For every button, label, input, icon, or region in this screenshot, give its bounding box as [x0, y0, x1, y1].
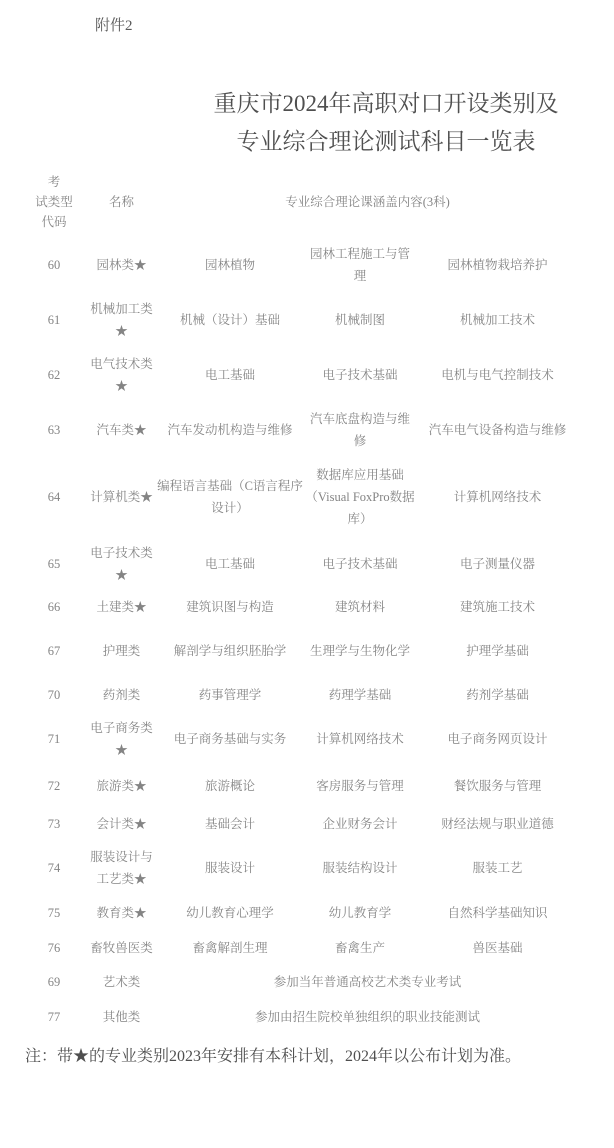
cell-subject-3: 服装工艺: [415, 842, 580, 894]
col-header-code-line3: 代码: [20, 212, 88, 232]
cell-subject-3: 财经法规与职业道德: [415, 806, 580, 842]
cell-subject-3: 电子测量仪器: [415, 537, 580, 590]
cell-name: 园林类★: [88, 237, 155, 292]
cell-subject-3: 园林植物栽培养护: [415, 237, 580, 292]
cell-code: 69: [20, 964, 88, 1000]
cell-name: 汽车类★: [88, 402, 155, 457]
col-header-code-line1: 考: [20, 172, 88, 192]
table-row: 76 畜牧兽医类 畜禽解剖生理 畜禽生产 兽医基础: [20, 932, 580, 964]
table-header-row: 考 试类型 代码 名称 专业综合理论课涵盖内容(3科): [20, 167, 580, 237]
cell-name: 药剂类: [88, 678, 155, 712]
cell-subject-2: 汽车底盘构造与维修: [305, 402, 415, 457]
table-row: 70 药剂类 药事管理学 药理学基础 药剂学基础: [20, 678, 580, 712]
table-row: 74 服装设计与工艺类★ 服装设计 服装结构设计 服装工艺: [20, 842, 580, 894]
cell-subject-2: 畜禽生产: [305, 932, 415, 964]
cell-code: 66: [20, 590, 88, 624]
page-title: 重庆市2024年高职对口开设类别及 专业综合理论测试科目一览表: [0, 85, 614, 161]
cell-subject-3: 护理学基础: [415, 624, 580, 678]
cell-subject-2: 生理学与生物化学: [305, 624, 415, 678]
cell-subject-3: 机械加工技术: [415, 292, 580, 347]
cell-subject-2: 建筑材料: [305, 590, 415, 624]
cell-subject-2: 电子技术基础: [305, 537, 415, 590]
col-header-subjects: 专业综合理论课涵盖内容(3科): [155, 167, 580, 237]
cell-subject-1: 园林植物: [155, 237, 305, 292]
table-row: 66 土建类★ 建筑识图与构造 建筑材料 建筑施工技术: [20, 590, 580, 624]
cell-code: 63: [20, 402, 88, 457]
cell-subject-1: 编程语言基础（C语言程序设计）: [155, 457, 305, 537]
cell-name: 服装设计与工艺类★: [88, 842, 155, 894]
cell-name: 护理类: [88, 624, 155, 678]
cell-name: 电子商务类★: [88, 712, 155, 766]
cell-subject-2: 计算机网络技术: [305, 712, 415, 766]
table-row: 73 会计类★ 基础会计 企业财务会计 财经法规与职业道德: [20, 806, 580, 842]
cell-name: 会计类★: [88, 806, 155, 842]
cell-subject-2: 园林工程施工与管理: [305, 237, 415, 292]
cell-subject-1: 幼儿教育心理学: [155, 894, 305, 932]
table-row: 72 旅游类★ 旅游概论 客房服务与管理 餐饮服务与管理: [20, 766, 580, 806]
cell-code: 70: [20, 678, 88, 712]
cell-subject-1: 机械（设计）基础: [155, 292, 305, 347]
table-row: 75 教育类★ 幼儿教育心理学 幼儿教育学 自然科学基础知识: [20, 894, 580, 932]
cell-name: 机械加工类★: [88, 292, 155, 347]
table-row: 65 电子技术类★ 电工基础 电子技术基础 电子测量仪器: [20, 537, 580, 590]
cell-code: 76: [20, 932, 88, 964]
cell-subject-span: 参加由招生院校单独组织的职业技能测试: [155, 1000, 580, 1034]
cell-subject-3: 药剂学基础: [415, 678, 580, 712]
cell-name: 教育类★: [88, 894, 155, 932]
document-page: { "page": { "attachment": "附件2", "title_…: [0, 0, 614, 1148]
cell-code: 60: [20, 237, 88, 292]
col-header-name: 名称: [88, 167, 155, 237]
cell-subject-1: 建筑识图与构造: [155, 590, 305, 624]
cell-subject-1: 畜禽解剖生理: [155, 932, 305, 964]
col-header-exam-type-code: 考 试类型 代码: [20, 167, 88, 237]
table-row: 67 护理类 解剖学与组织胚胎学 生理学与生物化学 护理学基础: [20, 624, 580, 678]
cell-code: 61: [20, 292, 88, 347]
cell-name: 旅游类★: [88, 766, 155, 806]
cell-subject-1: 基础会计: [155, 806, 305, 842]
table-row: 60 园林类★ 园林植物 园林工程施工与管理 园林植物栽培养护: [20, 237, 580, 292]
page-title-line2: 专业综合理论测试科目一览表: [158, 123, 614, 161]
cell-code: 65: [20, 537, 88, 590]
table-row: 63 汽车类★ 汽车发动机构造与维修 汽车底盘构造与维修 汽车电气设备构造与维修: [20, 402, 580, 457]
cell-subject-span: 参加当年普通高校艺术类专业考试: [155, 964, 580, 1000]
cell-code: 72: [20, 766, 88, 806]
col-header-code-line2: 试类型: [20, 192, 88, 212]
cell-subject-1: 电工基础: [155, 537, 305, 590]
cell-subject-2: 服装结构设计: [305, 842, 415, 894]
page-title-line1: 重庆市2024年高职对口开设类别及: [158, 85, 614, 123]
cell-code: 75: [20, 894, 88, 932]
cell-subject-1: 汽车发动机构造与维修: [155, 402, 305, 457]
cell-name: 艺术类: [88, 964, 155, 1000]
attachment-label: 附件2: [95, 15, 614, 37]
cell-subject-2: 电子技术基础: [305, 347, 415, 402]
table-row: 77 其他类 参加由招生院校单独组织的职业技能测试: [20, 1000, 580, 1034]
cell-subject-1: 解剖学与组织胚胎学: [155, 624, 305, 678]
cell-subject-2: 客房服务与管理: [305, 766, 415, 806]
cell-name: 电子技术类★: [88, 537, 155, 590]
table-row: 64 计算机类★ 编程语言基础（C语言程序设计） 数据库应用基础（Visual …: [20, 457, 580, 537]
cell-subject-3: 电机与电气控制技术: [415, 347, 580, 402]
cell-subject-2: 机械制图: [305, 292, 415, 347]
cell-subject-2: 数据库应用基础（Visual FoxPro数据库）: [305, 457, 415, 537]
cell-subject-2: 企业财务会计: [305, 806, 415, 842]
cell-subject-1: 药事管理学: [155, 678, 305, 712]
cell-code: 73: [20, 806, 88, 842]
cell-code: 67: [20, 624, 88, 678]
exam-subjects-table: 考 试类型 代码 名称 专业综合理论课涵盖内容(3科) 60 园林类★ 园林植物…: [20, 167, 580, 1034]
cell-subject-1: 电子商务基础与实务: [155, 712, 305, 766]
cell-subject-2: 幼儿教育学: [305, 894, 415, 932]
cell-subject-3: 计算机网络技术: [415, 457, 580, 537]
cell-subject-3: 自然科学基础知识: [415, 894, 580, 932]
cell-subject-1: 电工基础: [155, 347, 305, 402]
table-row: 69 艺术类 参加当年普通高校艺术类专业考试: [20, 964, 580, 1000]
cell-name: 其他类: [88, 1000, 155, 1034]
cell-name: 电气技术类★: [88, 347, 155, 402]
cell-code: 77: [20, 1000, 88, 1034]
table-row: 62 电气技术类★ 电工基础 电子技术基础 电机与电气控制技术: [20, 347, 580, 402]
cell-subject-3: 建筑施工技术: [415, 590, 580, 624]
cell-name: 畜牧兽医类: [88, 932, 155, 964]
cell-subject-2: 药理学基础: [305, 678, 415, 712]
table-row: 71 电子商务类★ 电子商务基础与实务 计算机网络技术 电子商务网页设计: [20, 712, 580, 766]
cell-subject-3: 兽医基础: [415, 932, 580, 964]
cell-code: 62: [20, 347, 88, 402]
cell-subject-1: 服装设计: [155, 842, 305, 894]
cell-subject-3: 餐饮服务与管理: [415, 766, 580, 806]
cell-subject-1: 旅游概论: [155, 766, 305, 806]
table-row: 61 机械加工类★ 机械（设计）基础 机械制图 机械加工技术: [20, 292, 580, 347]
cell-code: 71: [20, 712, 88, 766]
cell-code: 64: [20, 457, 88, 537]
cell-name: 计算机类★: [88, 457, 155, 537]
cell-subject-3: 电子商务网页设计: [415, 712, 580, 766]
cell-name: 土建类★: [88, 590, 155, 624]
cell-code: 74: [20, 842, 88, 894]
footnote: 注：带★的专业类别2023年安排有本科计划，2024年以公布计划为准。: [25, 1046, 614, 1068]
cell-subject-3: 汽车电气设备构造与维修: [415, 402, 580, 457]
